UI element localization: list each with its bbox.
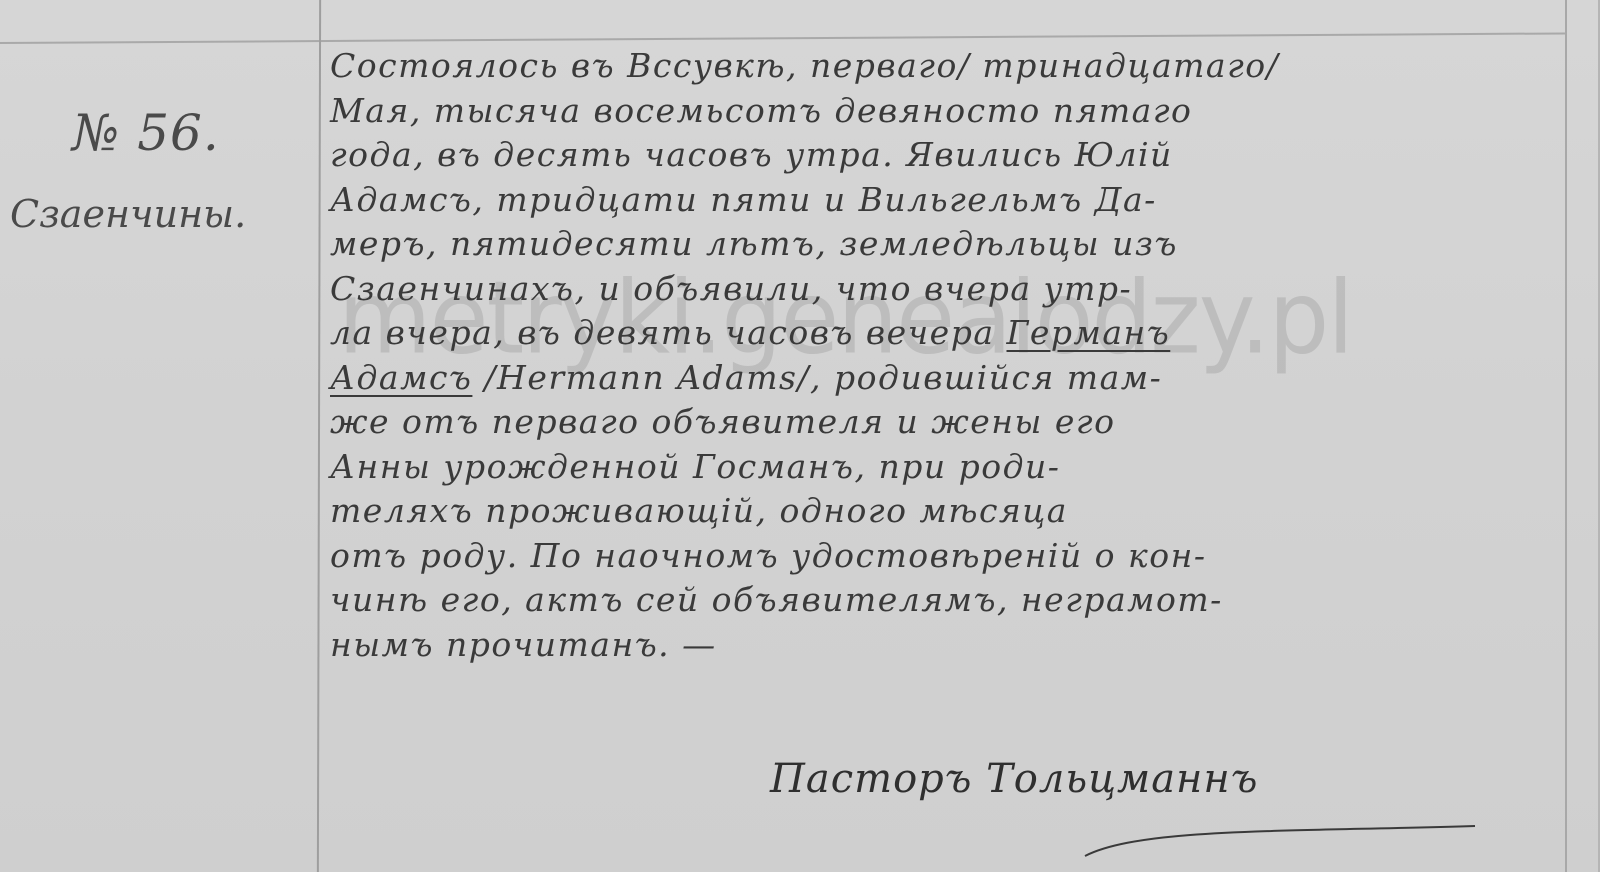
- record-line: отъ роду. По наочномъ удостовѣреній о ко…: [330, 534, 1555, 579]
- record-line: чинѣ его, актъ сей объявителямъ, неграмо…: [330, 578, 1555, 623]
- entry-number: № 56.: [72, 104, 220, 162]
- record-line: Адамсъ, тридцати пяти и Вильгельмъ Да-: [330, 178, 1555, 223]
- record-line: Адамсъ /Hermann Adams/, родившійся там-: [330, 356, 1555, 401]
- record-line: нымъ прочитанъ. —: [330, 623, 1555, 668]
- record-line: года, въ десять часовъ утра. Явились Юлі…: [330, 133, 1555, 178]
- underlined-child-name: Германъ: [1007, 313, 1171, 352]
- record-line: Мая, тысяча восемьсотъ девяносто пятаго: [330, 89, 1555, 134]
- record-line: меръ, пятидесяти лѣтъ, земледѣльцы изъ: [330, 222, 1555, 267]
- record-line-text: ла вчера, въ девять часовъ вечера: [330, 313, 995, 352]
- right-rule-line: [1565, 0, 1567, 872]
- record-line: Сзаенчинахъ, и объявили, что вчера утр-: [330, 267, 1555, 312]
- top-rule-line: [0, 32, 1565, 44]
- underlined-child-surname: Адамсъ: [330, 358, 472, 397]
- margin-column: № 56. Сзаенчины.: [0, 44, 316, 244]
- record-line: теляхъ проживающій, одного мѣсяца: [330, 489, 1555, 534]
- record-line: Анны урожденной Госманъ, при роди-: [330, 445, 1555, 490]
- record-line: же отъ перваго объявителя и жены его: [330, 400, 1555, 445]
- record-line: Состоялось въ Вссувкѣ, перваго/ тринадца…: [330, 44, 1555, 89]
- signature-flourish: [1080, 820, 1480, 860]
- document-page: metryki.genealodzy.pl № 56. Сзаенчины. С…: [0, 0, 1600, 872]
- record-line: ла вчера, въ девять часовъ вечера Герман…: [330, 311, 1555, 356]
- record-line-text: /Hermann Adams/, родившійся там-: [484, 358, 1162, 397]
- record-body: Состоялось въ Вссувкѣ, перваго/ тринадца…: [330, 44, 1555, 667]
- margin-rule-line: [317, 0, 321, 872]
- village-name: Сзаенчины.: [10, 192, 246, 236]
- pastor-signature: Пасторъ Тольцманнъ: [770, 756, 1258, 802]
